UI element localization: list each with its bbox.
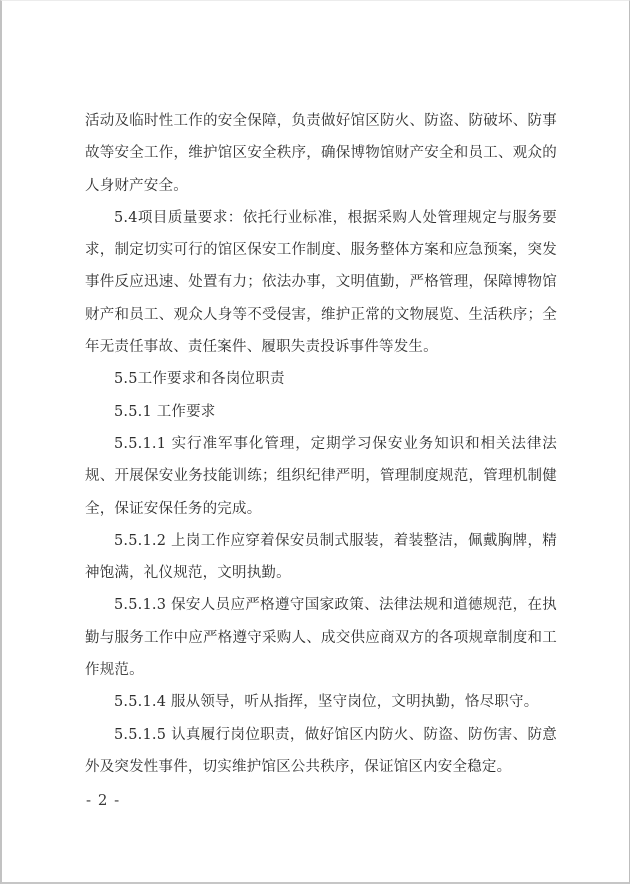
paragraph: 5.5.1.1 实行准军事化管理，定期学习保安业务知识和相关法律法规、开展保安业…: [85, 428, 557, 525]
page-number: - 2 -: [86, 791, 120, 809]
paragraph: 5.5.1.4 服从领导，听从指挥，坚守岗位，文明执勤，恪尽职守。: [85, 686, 557, 718]
paragraph: 5.5.1.5 认真履行岗位职责，做好馆区内防火、防盗、防伤害、防意外及突发性事…: [85, 719, 557, 784]
paragraph: 5.4项目质量要求：依托行业标准，根据采购人处管理规定与服务要求，制定切实可行的…: [85, 202, 557, 363]
document-body: 活动及临时性工作的安全保障，负责做好馆区防火、防盗、防破坏、防事故等安全工作，维…: [85, 105, 557, 783]
section-heading-5-5: 5.5工作要求和各岗位职责: [85, 363, 557, 395]
document-page: 活动及临时性工作的安全保障，负责做好馆区防火、防盗、防破坏、防事故等安全工作，维…: [0, 0, 630, 884]
paragraph: 5.5.1.2 上岗工作应穿着保安员制式服装，着装整洁，佩戴胸牌，精神饱满，礼仪…: [85, 525, 557, 590]
paragraph: 5.5.1.3 保安人员应严格遵守国家政策、法律法规和道德规范，在执勤与服务工作…: [85, 589, 557, 686]
section-heading-5-5-1: 5.5.1 工作要求: [85, 396, 557, 428]
paragraph: 活动及临时性工作的安全保障，负责做好馆区防火、防盗、防破坏、防事故等安全工作，维…: [85, 105, 557, 202]
